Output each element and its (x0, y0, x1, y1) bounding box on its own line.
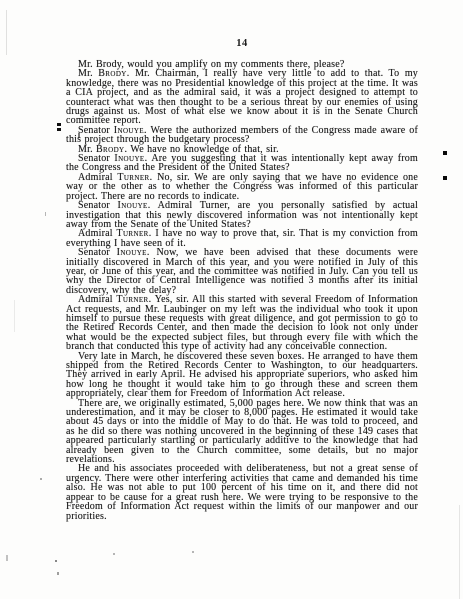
paragraph-text: There are, we originally estimated, 5,00… (66, 398, 418, 465)
scan-speck (57, 572, 59, 575)
paragraph-2: Mr. Brody. Mr. Chairman, I really have v… (66, 69, 418, 125)
paragraph-9: Senator Inouye. Now, we have been advise… (66, 248, 418, 295)
paragraph-8: Admiral Turner. I have no way to prove t… (66, 229, 418, 248)
paragraph-5: Senator Inouye. Are you suggesting that … (66, 154, 418, 173)
scan-streak (459, 505, 460, 599)
scan-speck (45, 212, 46, 216)
scan-speck (57, 123, 61, 126)
paragraph-text: Mr. Chairman, I really have very little … (66, 68, 418, 126)
paragraph-text: Yes, sir. All this started with several … (66, 294, 418, 352)
scan-speck (443, 176, 447, 180)
paragraph-3: Senator Inouye. Were the authorized memb… (66, 126, 418, 145)
page-content: 14 Mr. Brody, would you amplify on my co… (66, 38, 418, 521)
scan-speck (192, 551, 194, 553)
paragraph-7: Senator Inouye. Admiral Turner, are you … (66, 201, 418, 229)
scan-speck (443, 151, 447, 155)
paragraph-11: Very late in March, he discovered these … (66, 352, 418, 399)
paragraph-12: There are, we originally estimated, 5,00… (66, 399, 418, 465)
scan-speck (57, 128, 61, 131)
scan-streak (6, 10, 7, 55)
document-page: 14 Mr. Brody, would you amplify on my co… (0, 0, 463, 599)
scan-speck (113, 553, 115, 555)
scan-speck (78, 133, 80, 138)
paragraph-10: Admiral Turner. Yes, sir. All this start… (66, 295, 418, 351)
scan-speck (6, 555, 8, 561)
paragraph-6: Admiral Turner. No, sir. We are only say… (66, 173, 418, 201)
paragraph-text: Very late in March, he discovered these … (66, 351, 418, 400)
paragraph-text: He and his associates proceeded with del… (66, 463, 418, 521)
paragraph-13: He and his associates proceeded with del… (66, 464, 418, 520)
scan-streak (14, 300, 15, 332)
scan-speck (40, 478, 42, 480)
scan-speck (55, 560, 57, 562)
page-number: 14 (66, 38, 418, 49)
